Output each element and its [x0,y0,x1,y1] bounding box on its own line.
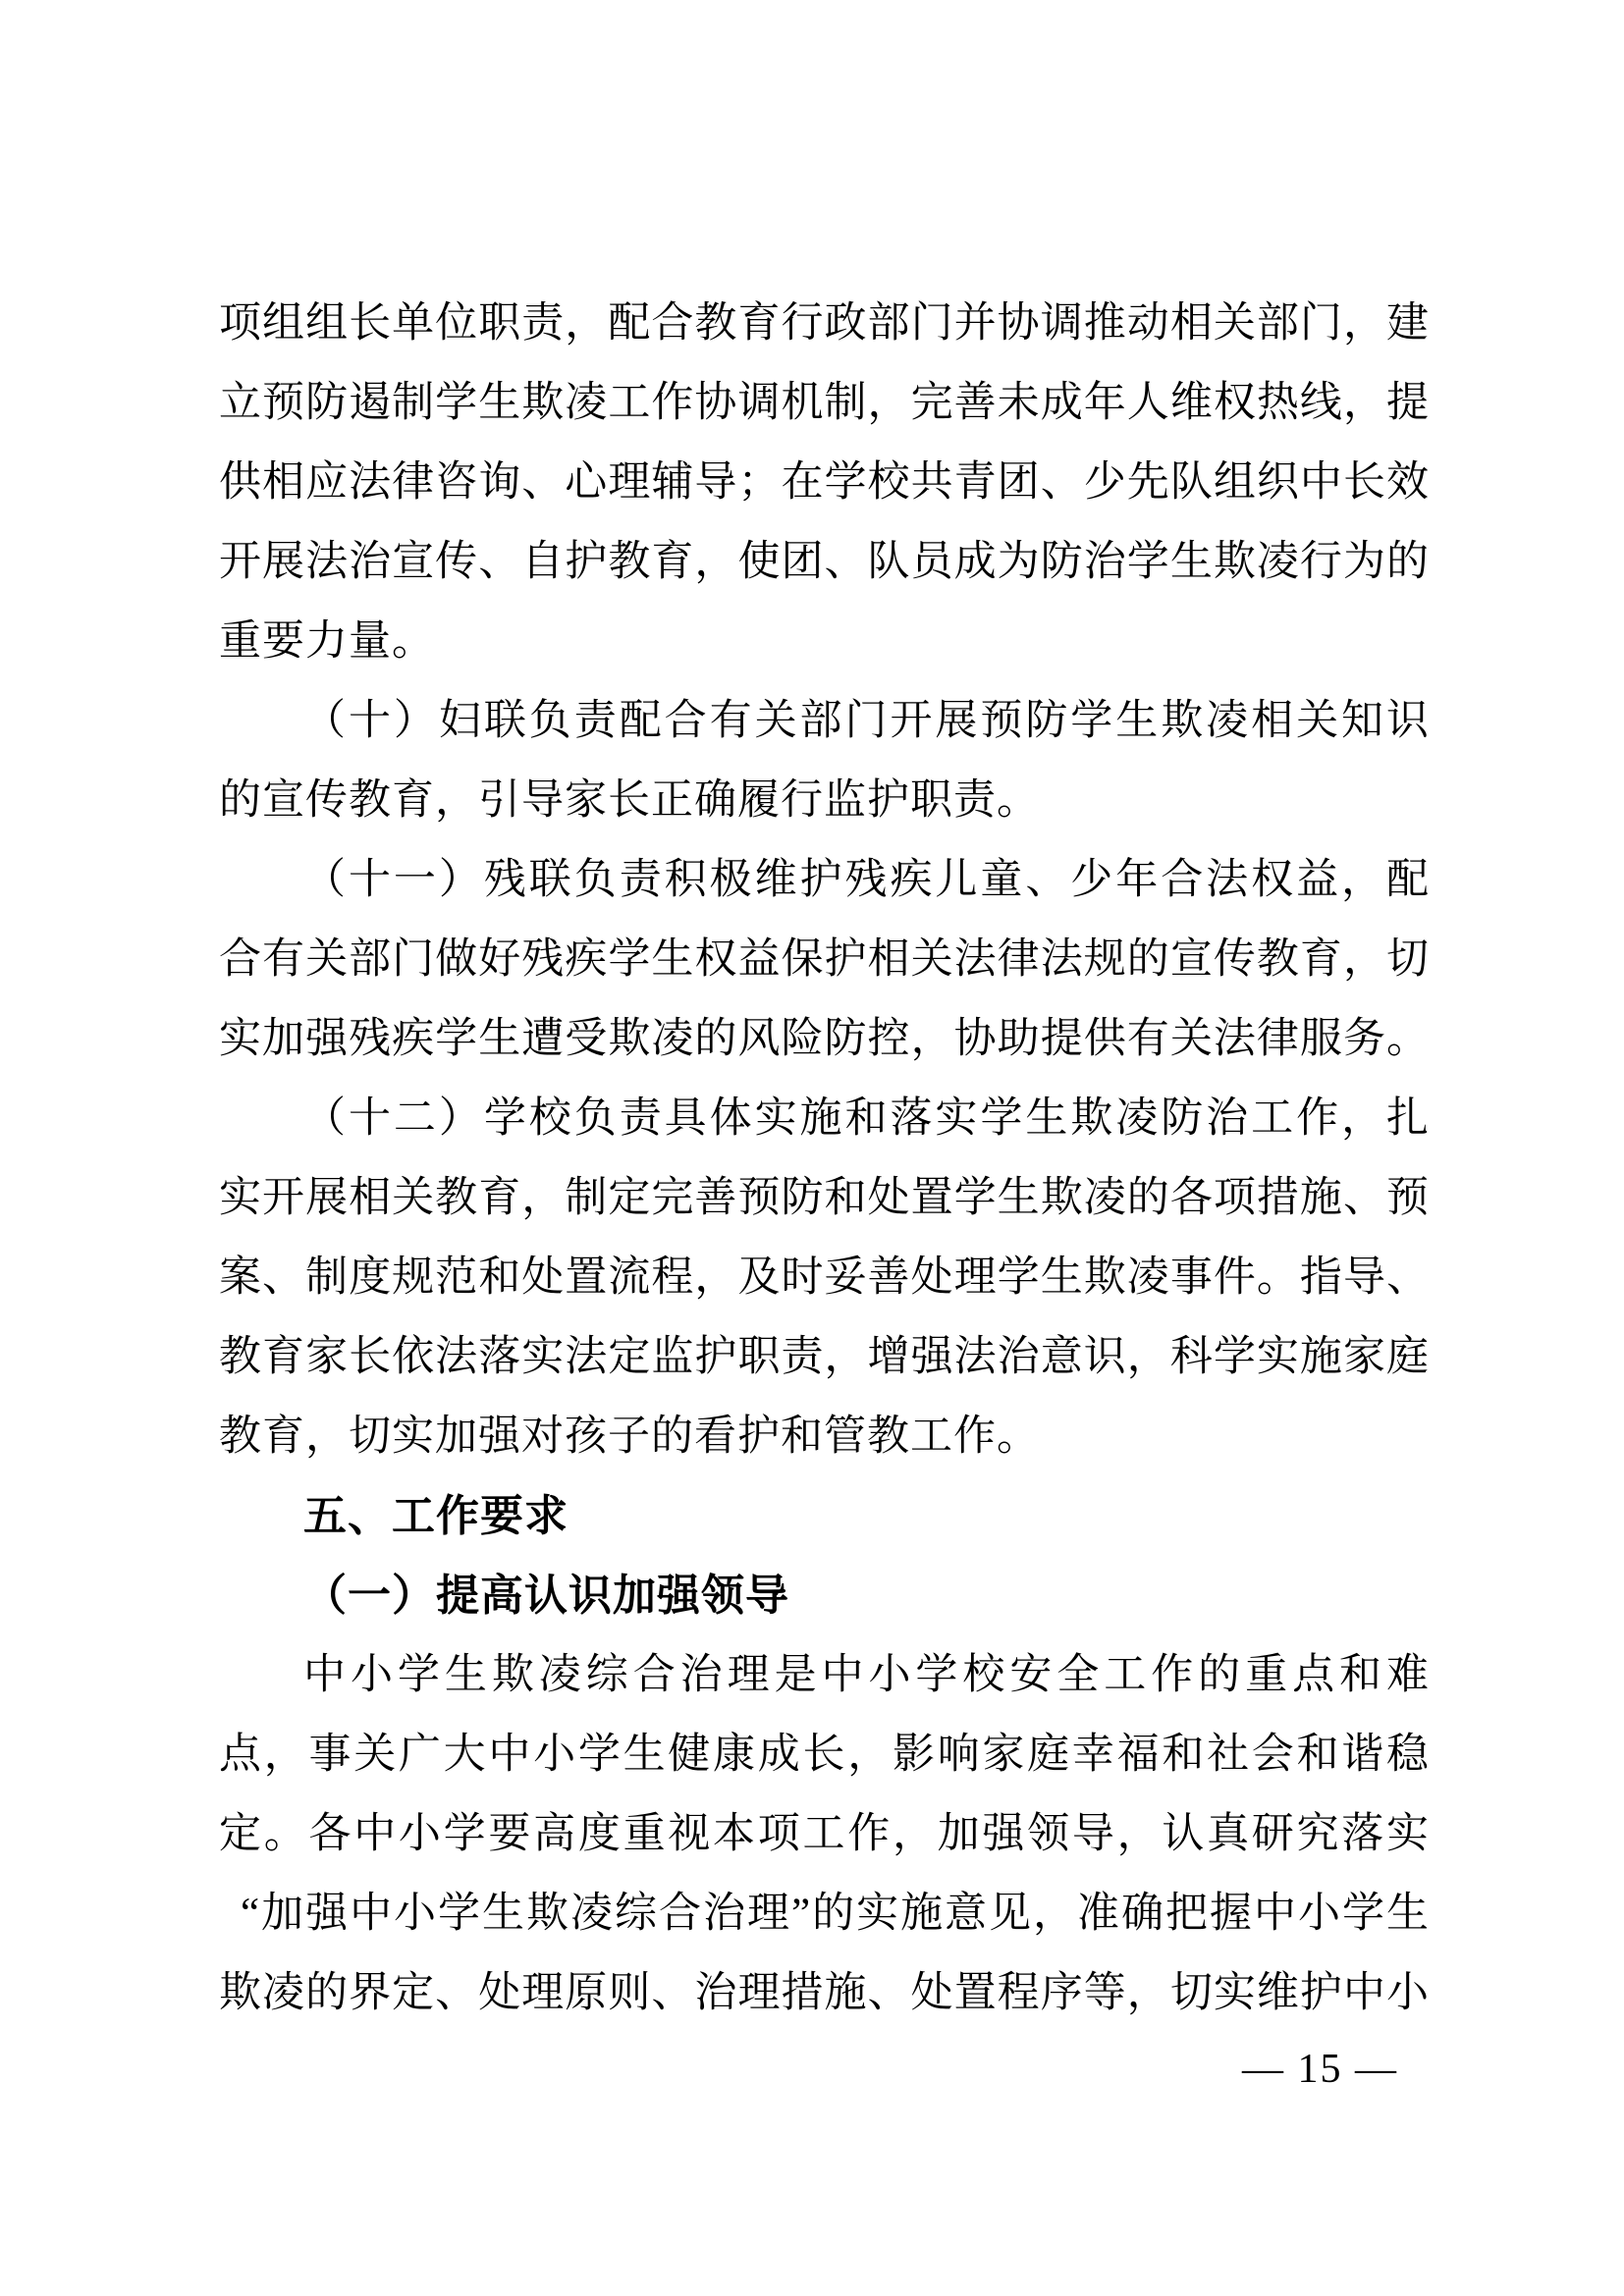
text-line: 项组组长单位职责，配合教育行政部门并协调推动相关部门，建 [219,284,1430,363]
text-block: 项组组长单位职责，配合教育行政部门并协调推动相关部门，建立预防遏制学生欺凌工作协… [219,284,1430,2033]
text-line: 供相应法律咨询、心理辅导；在学校共青团、少先队组织中长效 [219,443,1430,522]
section-heading: 五、工作要求 [219,1476,1430,1556]
text-line: 开展法治宣传、自护教育，使团、队员成为防治学生欺凌行为的 [219,522,1430,602]
text-line: 点，事关广大中小学生健康成长，影响家庭幸福和社会和谐稳 [219,1715,1430,1794]
text-line: 合有关部门做好残疾学生权益保护相关法律法规的宣传教育，切 [219,920,1430,999]
text-line: 中小学生欺凌综合治理是中小学校安全工作的重点和难 [219,1635,1430,1715]
text-line: （十一）残联负责积极维护残疾儿童、少年合法权益，配 [219,840,1430,920]
text-line: 教育，切实加强对孩子的看护和管教工作。 [219,1397,1430,1476]
text-line: （十二）学校负责具体实施和落实学生欺凌防治工作，扎 [219,1079,1430,1158]
text-line: 案、制度规范和处置流程，及时妥善处理学生欺凌事件。指导、 [219,1238,1430,1317]
text-line: （十）妇联负责配合有关部门开展预防学生欺凌相关知识 [219,681,1430,761]
text-line: 定。各中小学要高度重视本项工作，加强领导，认真研究落实 [219,1794,1430,1874]
text-line: 立预防遏制学生欺凌工作协调机制，完善未成年人维权热线，提 [219,363,1430,443]
text-line: 重要力量。 [219,602,1430,681]
text-line: 实加强残疾学生遭受欺凌的风险防控，协助提供有关法律服务。 [219,999,1430,1079]
text-line: 的宣传教育，引导家长正确履行监护职责。 [219,761,1430,840]
text-line: 欺凌的界定、处理原则、治理措施、处置程序等，切实维护中小 [219,1953,1430,2033]
document-page: 项组组长单位职责，配合教育行政部门并协调推动相关部门，建立预防遏制学生欺凌工作协… [0,0,1624,2296]
text-line: 教育家长依法落实法定监护职责，增强法治意识，科学实施家庭 [219,1317,1430,1397]
text-line: “加强中小学生欺凌综合治理”的实施意见，准确把握中小学生 [219,1874,1430,1953]
text-line: 实开展相关教育，制定完善预防和处置学生欺凌的各项措施、预 [219,1158,1430,1238]
page-number: — 15 — [219,2040,1430,2099]
sub-heading: （一）提高认识加强领导 [219,1556,1430,1635]
